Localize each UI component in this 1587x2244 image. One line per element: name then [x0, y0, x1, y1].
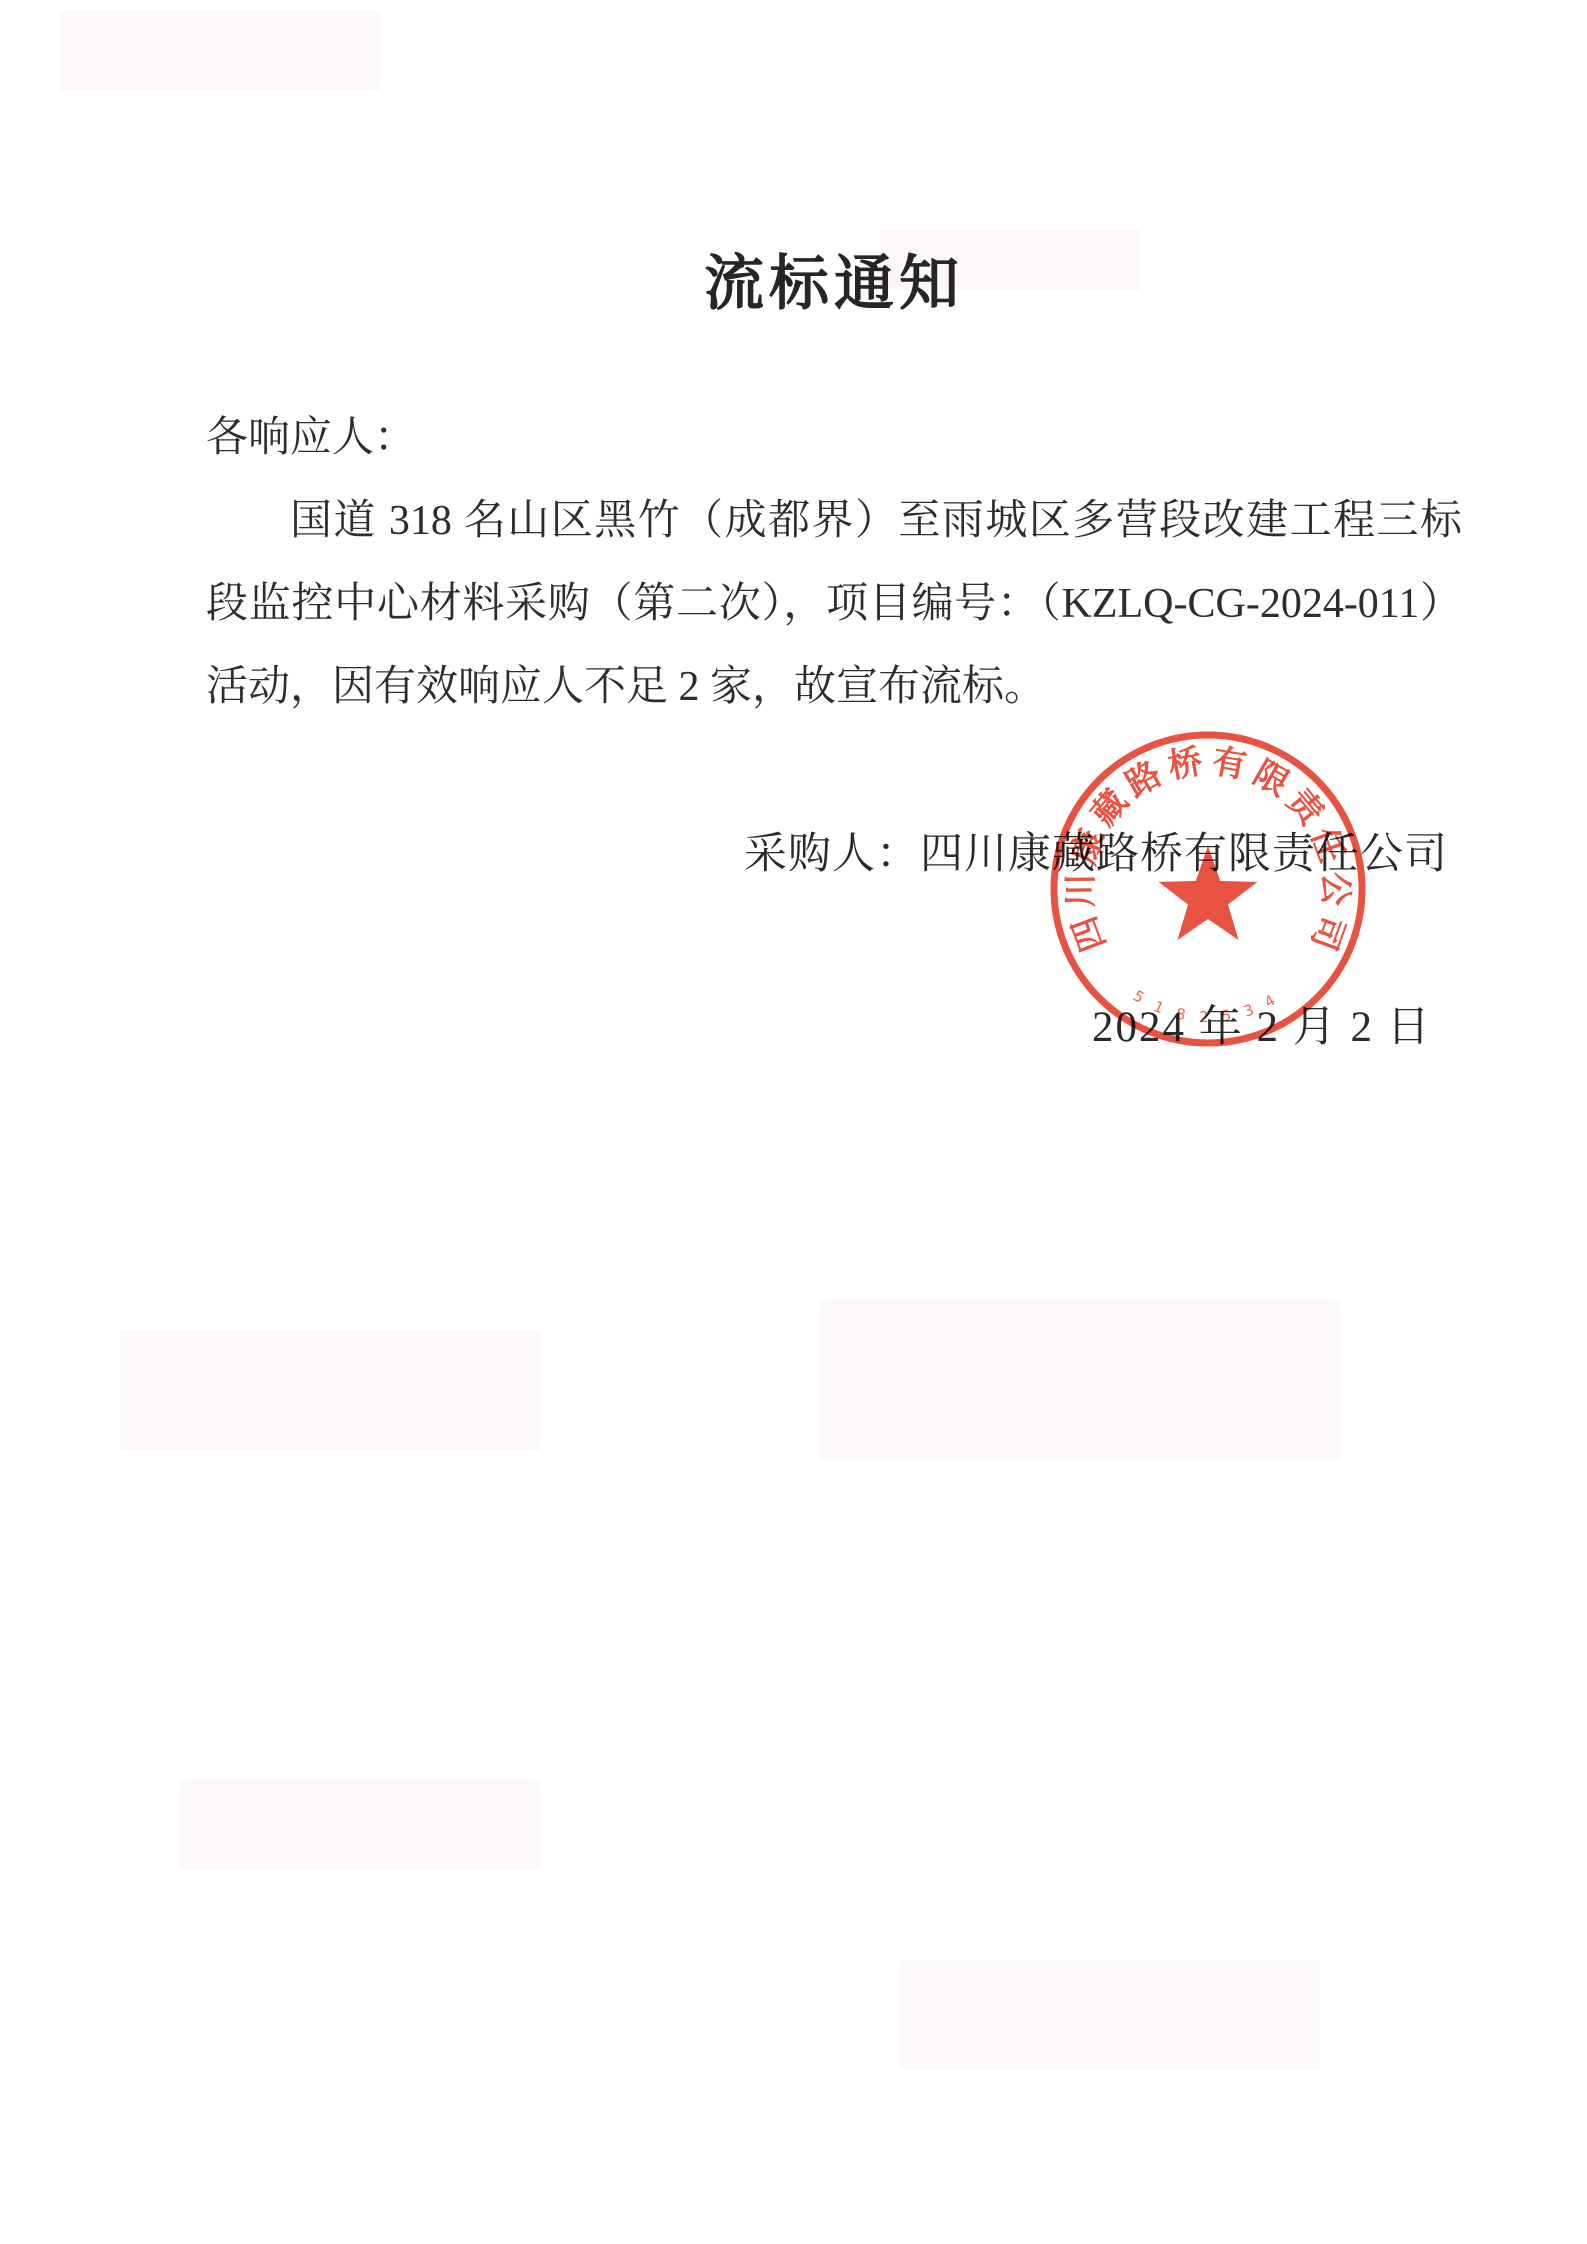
- body-line: 段监控中心材料采购（第二次），项目编号：（KZLQ-CG-2024-011）: [206, 563, 1462, 646]
- scan-noise: [180, 1780, 540, 1870]
- page-title: 流标通知: [206, 236, 1462, 322]
- scan-noise: [900, 1960, 1320, 2070]
- purchaser-label: 采购人：: [744, 831, 920, 878]
- scan-noise: [820, 1300, 1340, 1460]
- scan-noise: [120, 1330, 540, 1450]
- seal-graphic: 四川康藏路桥有限责任公司 5182534305: [1048, 729, 1368, 1049]
- body-line: 活动，因有效响应人不足 2 家，故宣布流标。: [206, 646, 1462, 729]
- scan-noise: [60, 10, 380, 90]
- company-seal-stamp: 四川康藏路桥有限责任公司 5182534305: [1048, 729, 1368, 1049]
- seal-star-icon: [1159, 846, 1258, 940]
- body-line: 国道 318 名山区黑竹（成都界）至雨城区多营段改建工程三标: [206, 480, 1462, 563]
- notice-body: 各响应人： 国道 318 名山区黑竹（成都界）至雨城区多营段改建工程三标 段监控…: [206, 397, 1462, 729]
- scanned-notice-page: 流标通知 各响应人： 国道 318 名山区黑竹（成都界）至雨城区多营段改建工程三…: [0, 0, 1587, 2244]
- salutation: 各响应人：: [206, 397, 1462, 480]
